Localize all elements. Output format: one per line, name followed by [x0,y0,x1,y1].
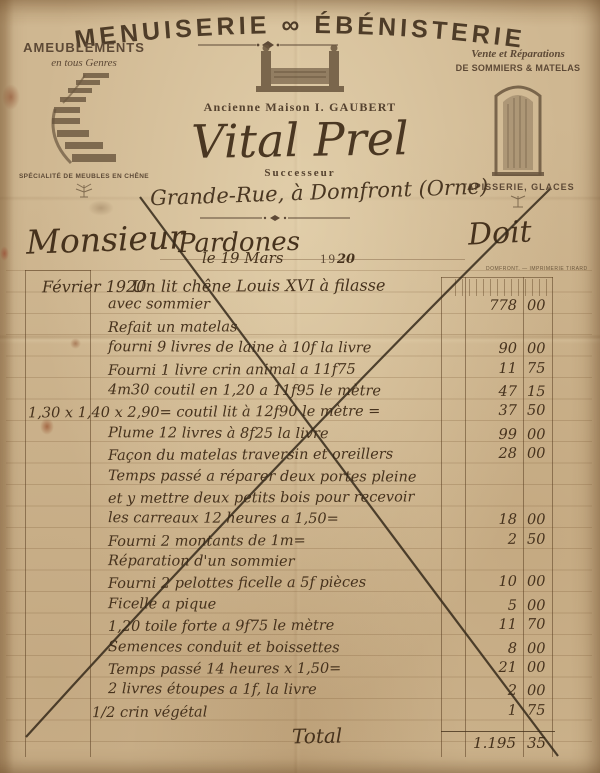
vente-reparations-title: Vente et Réparations [448,48,588,60]
doit-label-script: Doit [467,214,533,252]
bill-row: 1,20 toile forte a 9f75 le mètre 11 70 [0,617,600,642]
bill-row: les carreaux 12 heures a 1,50= 18 00 [0,510,600,534]
row-description: Façon du matelas traversin et oreillers [108,447,393,464]
row-amount-francs: 778 [445,298,517,314]
row-description: Temps passé 14 heures x 1,50= [108,661,341,678]
bill-row: 1/2 crin végétal 1 75 [0,702,600,727]
fleuron-icon [507,195,529,209]
row-amount-centimes: 00 [527,298,557,314]
row-amount-centimes: 00 [527,574,557,590]
row-description: 4m30 coutil en 1,20 a 11f95 le mètre [108,382,381,399]
row-amount-francs: 18 [445,512,517,528]
row-amount-centimes: 50 [527,531,557,547]
center-header-block: Ancienne Maison I. GAUBERT Vital Prel Su… [150,44,450,205]
row-amount-centimes: 75 [527,360,557,376]
row-description: Ficelle a pique [108,596,216,612]
row-amount-francs: 2 [445,532,517,548]
total-francs: 1.195 [440,734,516,752]
left-header-block: AMEUBLEMENTS en tous Genres SPÉCIALITÉ D… [18,40,150,199]
total-centimes: 35 [527,734,546,752]
year-handwritten: 20 [337,252,355,267]
row-description: Réparation d'un sommier [108,553,295,570]
row-amount-centimes: 00 [527,341,557,357]
total-separator-line [441,731,555,732]
row-description: 1,30 x 1,40 x 2,90= coutil lit à 12f90 l… [28,404,380,422]
row-amount-centimes: 50 [527,403,557,419]
row-description: avec sommier [108,297,210,313]
bill-row: Façon du matelas traversin et oreillers … [0,446,600,471]
fleuron-icon [73,183,95,199]
bill-row: Fourni 2 pelottes ficelle a 5f pièces 10… [0,574,600,599]
bill-row: Temps passé a réparer deux portes pleine [0,467,600,491]
row-amount-centimes: 75 [527,702,557,718]
row-amount-francs: 47 [445,384,517,400]
row-amount-centimes: 00 [527,598,557,614]
spiral-staircase-icon [45,73,123,169]
bill-row: Refait un matelas [0,317,600,342]
bill-row: Fourni 1 livre crin animal a 11f75 11 75 [0,360,600,385]
row-amount-centimes: 00 [527,427,557,443]
row-amount-centimes: 00 [527,512,557,528]
row-amount-francs: 21 [445,660,517,676]
bill-row: avec sommier 778 00 [0,296,600,320]
row-description: 2 livres étoupes a 1f, la livre [108,682,317,699]
date-script: le 19 Mars [202,249,283,267]
row-amount-francs: 99 [445,426,517,442]
row-amount-centimes: 70 [527,617,557,633]
row-amount-francs: 10 [445,574,517,590]
row-description: 1/2 crin végétal [92,704,207,721]
row-description: Temps passé a réparer deux portes pleine [108,468,416,485]
bill-row: 2 livres étoupes a 1f, la livre 2 00 [0,681,600,705]
bill-row: Semences conduit et boissettes 8 00 [0,638,600,662]
row-description: Un lit chêne Louis XVI à filasse [132,276,385,296]
row-amount-centimes: 15 [527,384,557,400]
row-amount-centimes: 00 [527,641,557,657]
row-description: Refait un matelas [108,319,237,336]
bill-row: 1,30 x 1,40 x 2,90= coutil lit à 12f90 l… [0,403,600,428]
row-description: Plume 12 livres à 8f25 la livre [108,425,329,442]
row-amount-francs: 2 [445,683,517,699]
wardrobe-mirror-icon [490,78,546,176]
row-amount-francs: 1 [445,703,517,719]
printer-imprint: DOMFRONT. — IMPRIMERIE TIRARD [486,266,588,272]
row-amount-francs: 11 [445,360,517,376]
row-description: Fourni 2 pelottes ficelle a 5f pièces [108,575,366,592]
proprietor-name-script: Vital Prel [150,110,451,169]
row-description: les carreaux 12 heures a 1,50= [108,510,339,527]
ameublements-subtitle: en tous Genres [18,57,150,69]
row-description: Fourni 2 montants de 1m= [108,533,306,550]
specialty-caption: SPÉCIALITÉ DE MEUBLES EN CHÊNE [18,173,150,180]
invoice-scan-page: MENUISERIE ∞ ÉBÉNISTERIE AMEUBLEMENTS en… [0,0,600,773]
line-items: Février 1920 Un lit chêne Louis XVI à fi… [0,276,600,725]
salutation-script: Monsieur [25,217,185,262]
row-description: 1,20 toile forte a 9f75 le mètre [108,618,334,635]
row-amount-francs: 37 [445,403,517,419]
bill-row: Plume 12 livres à 8f25 la livre 99 00 [0,424,600,448]
row-date: Février 1920 [42,277,147,297]
row-amount-francs: 5 [445,597,517,613]
ameublements-title: AMEUBLEMENTS [18,40,150,55]
row-description: Fourni 1 livre crin animal a 11f75 [108,361,356,378]
row-amount-francs: 8 [445,640,517,656]
total-label-script: Total [292,724,343,749]
row-description: fourni 9 livres de laine à 10f la livre [108,339,371,356]
row-amount-centimes: 00 [527,683,557,699]
sommiers-matelas-subtitle: DE SOMMIERS & MATELAS [448,63,588,73]
row-description: Semences conduit et boissettes [108,639,340,656]
row-amount-francs: 11 [445,617,517,633]
row-amount-francs: 90 [445,341,517,357]
row-description: et y mettre deux petits bois pour recevo… [108,489,415,507]
row-amount-francs: 28 [445,446,517,462]
year-printed: 19 [320,251,337,266]
bill-row: fourni 9 livres de laine à 10f la livre … [0,339,600,363]
date-year: 1920 [320,251,355,267]
row-amount-centimes: 00 [527,660,557,676]
carpenter-bench-icon [252,44,348,96]
bill-row: Fourni 2 montants de 1m= 2 50 [0,531,600,556]
row-amount-centimes: 00 [527,446,557,462]
